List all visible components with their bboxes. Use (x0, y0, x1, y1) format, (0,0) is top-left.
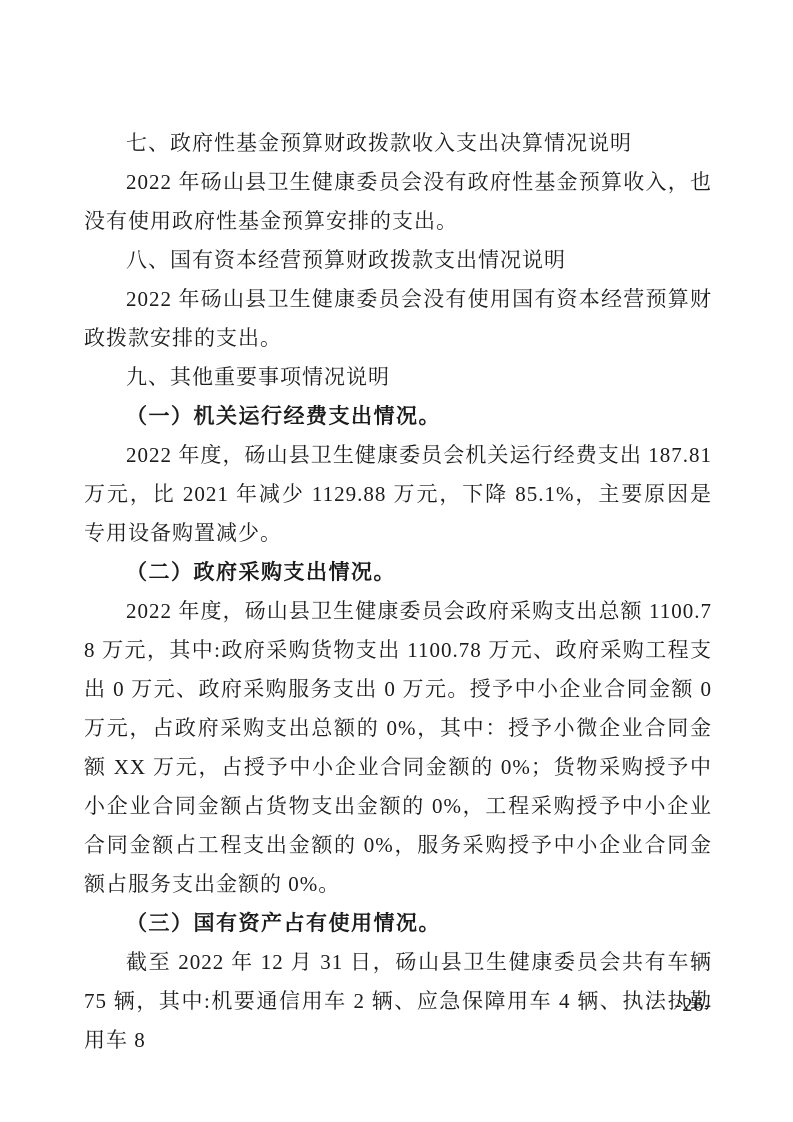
paragraph: 2022 年砀山县卫生健康委员会没有政府性基金预算收入，也没有使用政府性基金预算… (84, 163, 712, 241)
section-heading-7: 七、政府性基金预算财政拨款收入支出决算情况说明 (84, 124, 712, 163)
paragraph: 2022 年度，砀山县卫生健康委员会政府采购支出总额 1100.78 万元，其中… (84, 592, 712, 904)
subsection-heading-3: （三）国有资产占有使用情况。 (84, 904, 712, 943)
section-heading-8: 八、国有资本经营预算财政拨款支出情况说明 (84, 241, 712, 280)
paragraph: 2022 年砀山县卫生健康委员会没有使用国有资本经营预算财政拨款安排的支出。 (84, 280, 712, 358)
document-body: 七、政府性基金预算财政拨款收入支出决算情况说明 2022 年砀山县卫生健康委员会… (84, 124, 712, 1060)
section-heading-9: 九、其他重要事项情况说明 (84, 358, 712, 397)
subsection-heading-1: （一）机关运行经费支出情况。 (84, 397, 712, 436)
page-number: -26- (84, 992, 712, 1018)
subsection-heading-2: （二）政府采购支出情况。 (84, 553, 712, 592)
document-page: 七、政府性基金预算财政拨款收入支出决算情况说明 2022 年砀山县卫生健康委员会… (0, 0, 793, 1122)
paragraph: 2022 年度，砀山县卫生健康委员会机关运行经费支出 187.81 万元，比 2… (84, 436, 712, 553)
